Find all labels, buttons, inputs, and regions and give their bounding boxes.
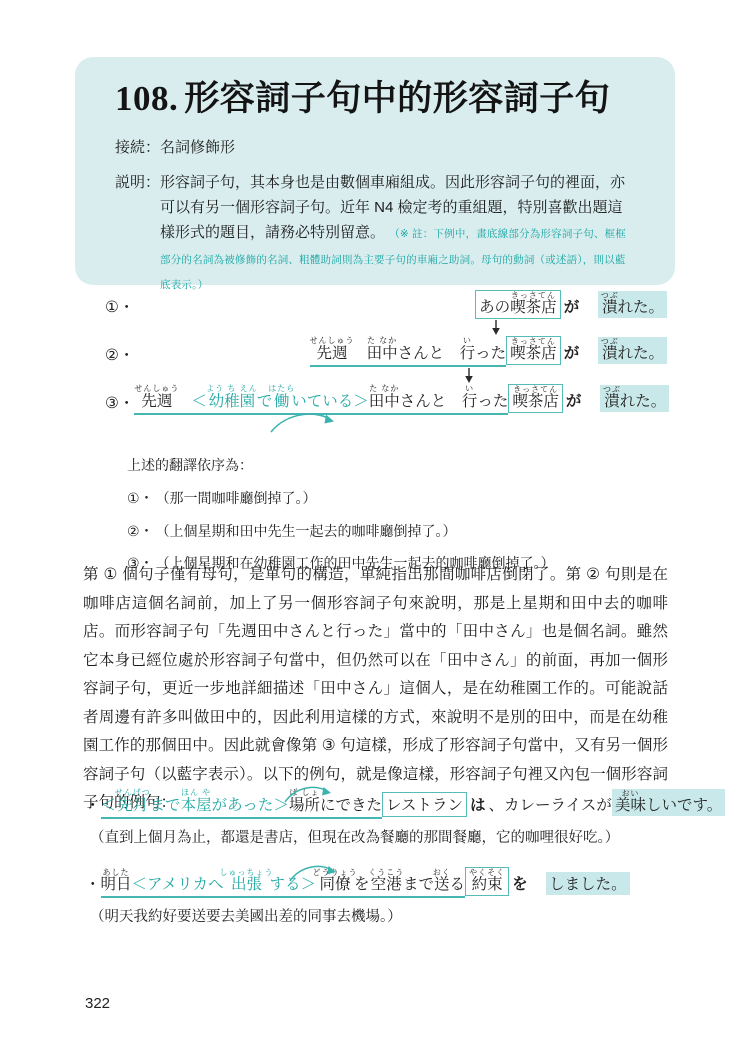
example-sentence-text: あの喫茶店きっさてんが 潰つぶれた。 xyxy=(475,290,667,319)
example-sentence-2: ②・ 先週せんしゅう 田中た なかさんと 行いった喫茶店きっさてんが 潰つぶれた… xyxy=(105,336,667,367)
bottom-example-sentence: ・＜先月せんげつまで本屋ほん やがあった＞場所ば しょにできたレストランは、カレ… xyxy=(85,788,670,819)
curved-arrow-icon xyxy=(285,863,343,883)
down-arrow-icon xyxy=(463,368,475,383)
connect-label: 接続： xyxy=(115,135,160,160)
example-number: ③・ xyxy=(105,391,134,415)
bottom-example-1: ・＜先月せんげつまで本屋ほん やがあった＞場所ば しょにできたレストランは、カレ… xyxy=(85,788,670,847)
translation-item: ②・ （上個星期和田中先生一起去的咖啡廳倒掉了。） xyxy=(127,521,647,541)
translation-intro: 上述的翻譯依序為： xyxy=(127,455,647,475)
connect-row: 接続： 名詞修飾形 xyxy=(115,135,635,160)
explain-row: 説明： 形容詞子句，其本身也是由數個車廂組成。因此形容詞子句的裡面，亦可以有另一… xyxy=(115,170,635,296)
example-sentence-1: ①・ あの喫茶店きっさてんが 潰つぶれた。 xyxy=(105,290,667,319)
bottom-example-translation: （直到上個月為止，都還是書店，但現在改為餐廳的那間餐廳，它的咖哩很好吃。） xyxy=(85,826,670,847)
bottom-example-block: ・＜先月せんげつまで本屋ほん やがあった＞場所ば しょにできたレストランは、カレ… xyxy=(85,788,670,946)
bottom-example-2: ・明日あした＜アメリカへ出張しゅっちょうする＞同僚どうりょうを空港くうこうまで送… xyxy=(85,867,670,926)
example-number: ②・ xyxy=(105,343,134,367)
body-paragraph: 第 ① 個句子僅有母句，是單句的構造，單純指出那間咖啡店倒閉了。第 ② 句則是在… xyxy=(83,561,668,818)
page-number: 322 xyxy=(85,995,110,1012)
page-title: 108.形容詞子句中的形容詞子句 xyxy=(115,77,635,121)
bottom-example-translation: （明天我約好要送要去美國出差的同事去機場。） xyxy=(85,905,670,926)
translation-text: （上個星期和田中先生一起去的咖啡廳倒掉了。） xyxy=(156,521,457,541)
example-sentence-3: ③・ 先週せんしゅう ＜幼稚園よう ち えんで働はたらいている＞田中た なかさん… xyxy=(105,384,667,415)
arrow-row xyxy=(105,319,667,336)
translation-number: ②・ xyxy=(127,521,154,541)
explain-label: 説明： xyxy=(115,170,160,296)
lesson-title-text: 形容詞子句中的形容詞子句 xyxy=(184,79,610,118)
lesson-header-card: 108.形容詞子句中的形容詞子句 接続： 名詞修飾形 説明： 形容詞子句，其本身… xyxy=(75,57,675,285)
translation-number: ①・ xyxy=(127,488,154,508)
example-number: ①・ xyxy=(105,295,134,319)
example-sentence-text: 先週せんしゅう ＜幼稚園よう ち えんで働はたらいている＞田中た なかさんと 行… xyxy=(134,384,669,415)
down-arrow-icon xyxy=(490,320,502,335)
example-sentence-block: ①・ あの喫茶店きっさてんが 潰つぶれた。 ②・ 先週せんしゅう 田中た なかさ… xyxy=(105,290,667,415)
translation-text: （那一間咖啡廳倒掉了。） xyxy=(156,488,317,508)
curved-arrow-icon xyxy=(265,410,343,434)
explain-text: 形容詞子句，其本身也是由數個車廂組成。因此形容詞子句的裡面，亦可以有另一個形容詞… xyxy=(160,170,635,296)
arrow-row xyxy=(105,367,667,384)
translation-item: ①・ （那一間咖啡廳倒掉了。） xyxy=(127,488,647,508)
example-sentence-text: 先週せんしゅう 田中た なかさんと 行いった喫茶店きっさてんが 潰つぶれた。 xyxy=(310,336,667,367)
lesson-number: 108. xyxy=(115,79,178,118)
curved-arrow-icon xyxy=(280,784,338,804)
bottom-example-sentence: ・明日あした＜アメリカへ出張しゅっちょうする＞同僚どうりょうを空港くうこうまで送… xyxy=(85,867,670,898)
connect-value: 名詞修飾形 xyxy=(160,135,635,160)
